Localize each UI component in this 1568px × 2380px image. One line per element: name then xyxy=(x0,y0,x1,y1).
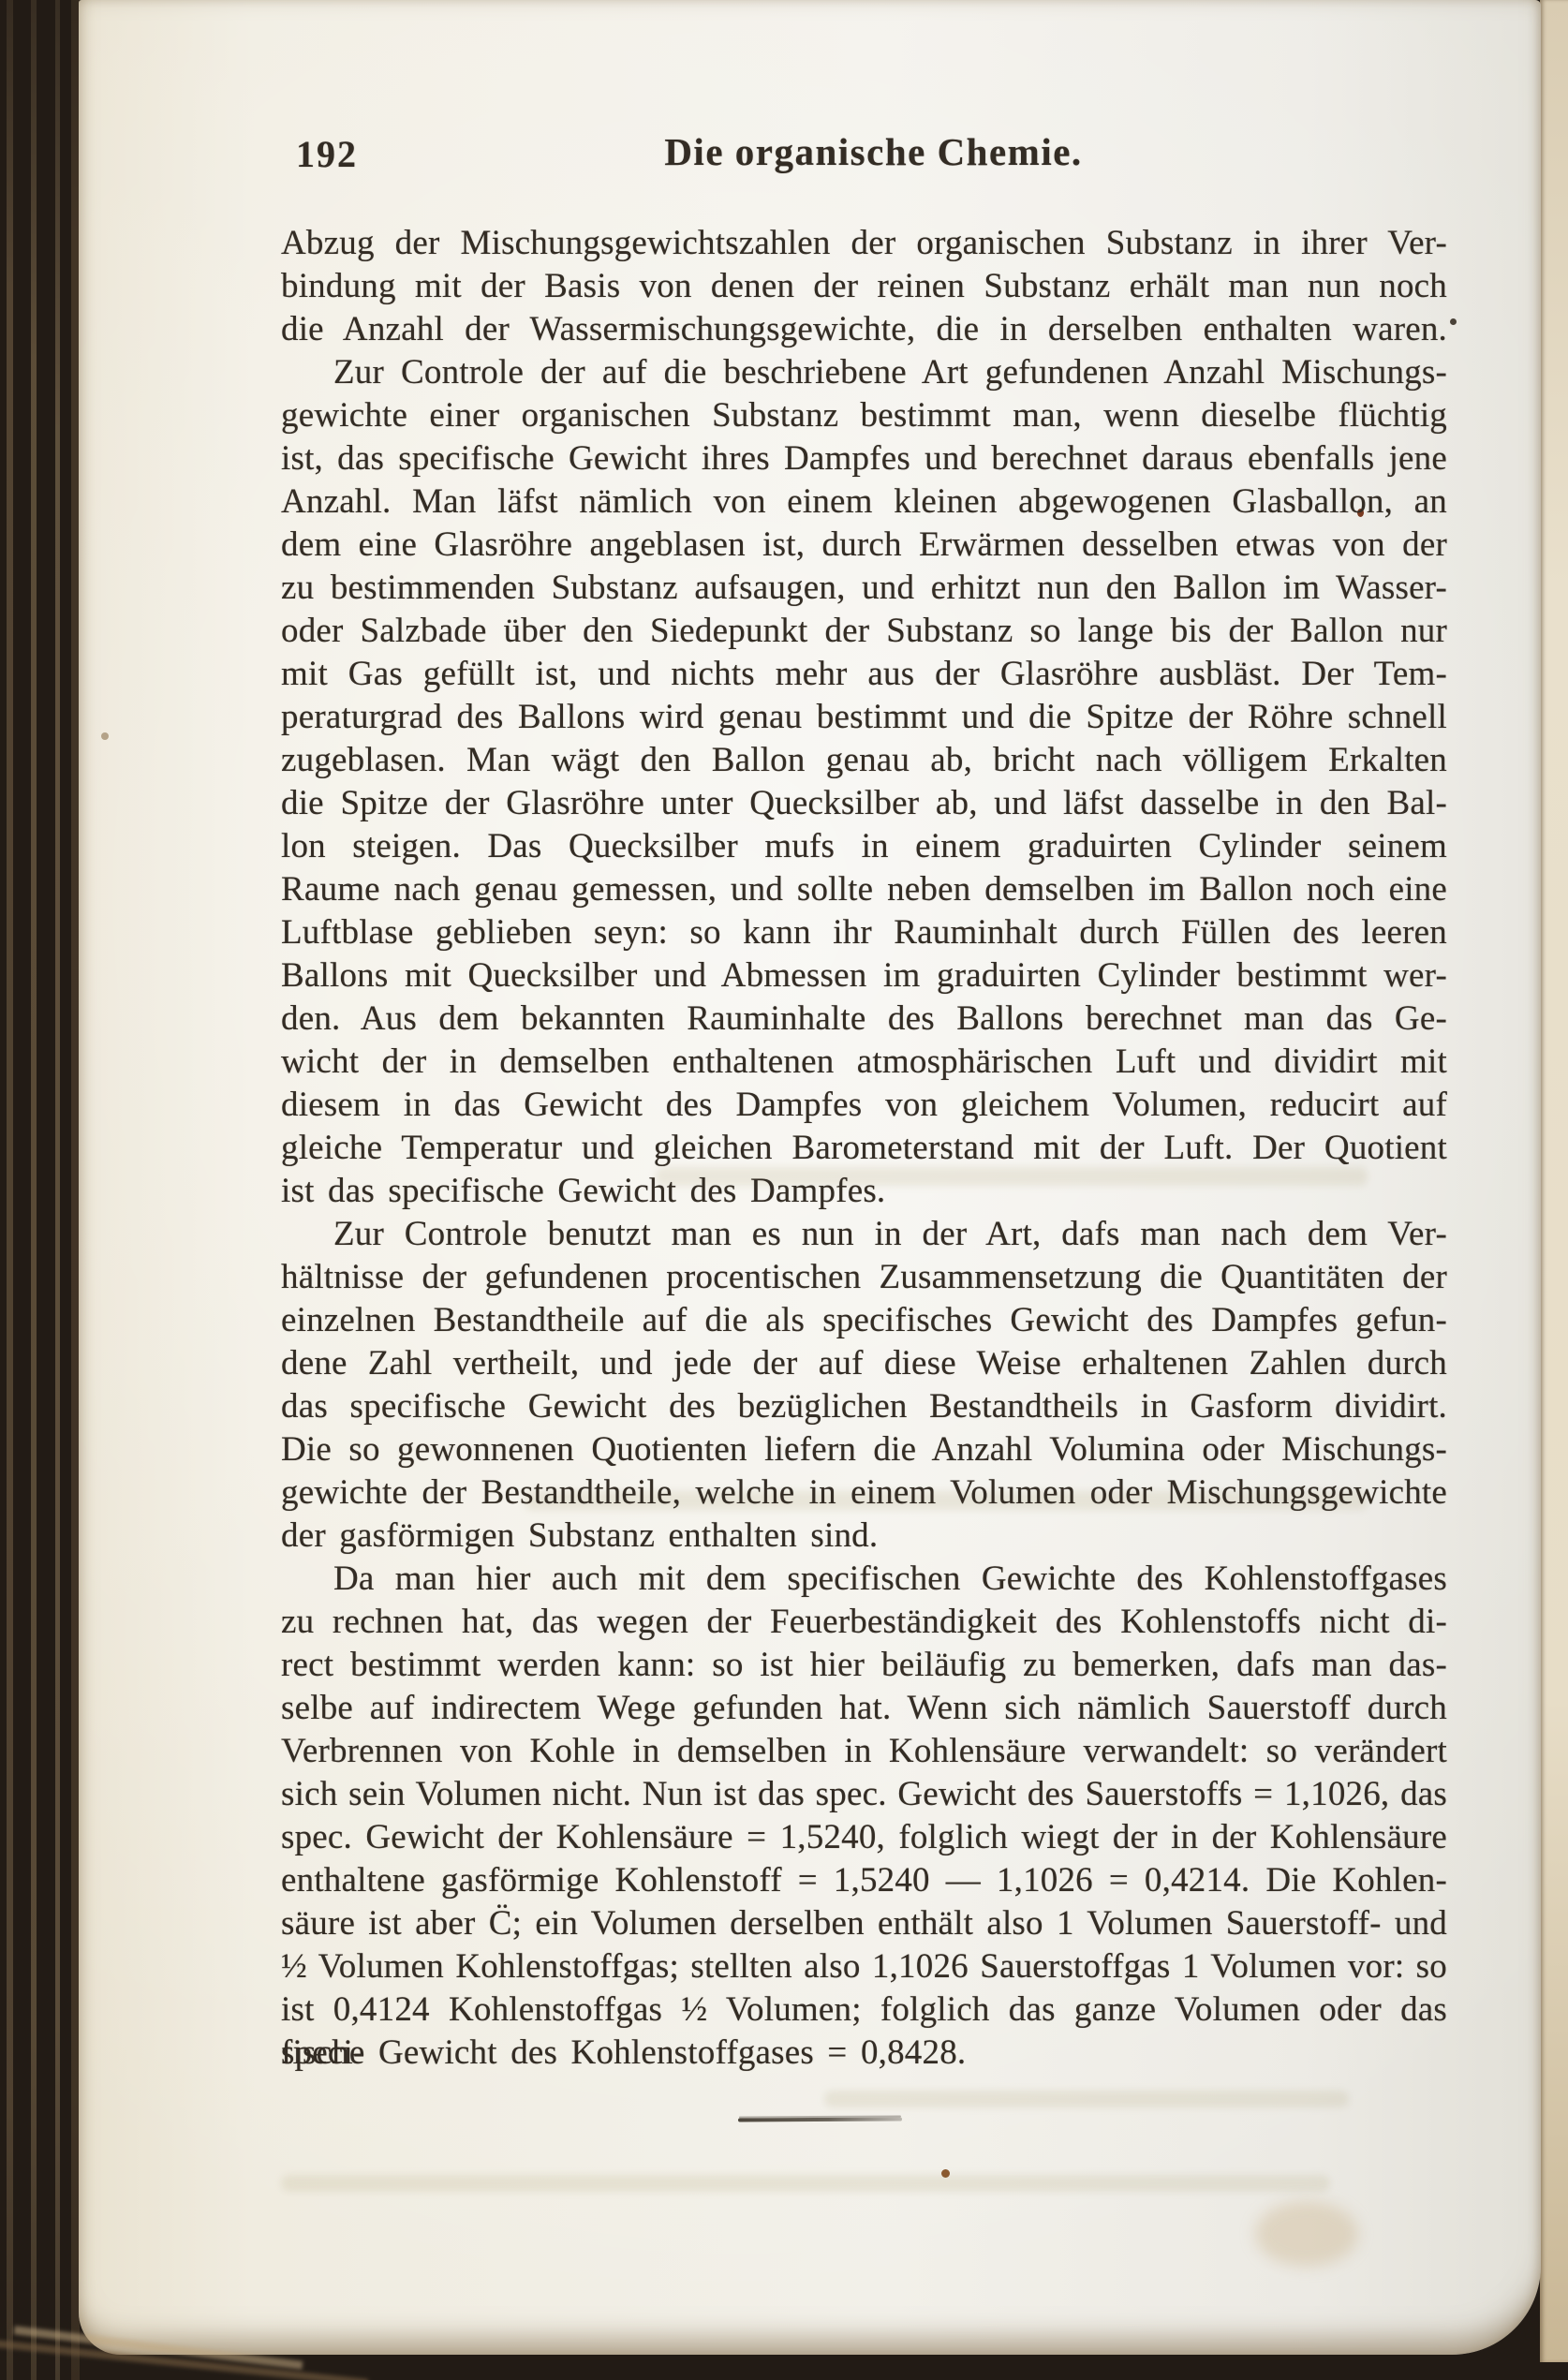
text-line: gewichte der Bestandtheile, welche in ei… xyxy=(281,1471,1447,1515)
text-line: zu rechnen hat, das wegen der Feuerbestä… xyxy=(281,1601,1447,1644)
text-line: wicht der in demselben enthaltenen atmos… xyxy=(281,1041,1447,1084)
text-line: Verbrennen von Kohle in demselben in Koh… xyxy=(281,1730,1447,1773)
text-line: rect bestimmt werden kann: so ist hier b… xyxy=(281,1644,1447,1687)
text-line: selbe auf indirectem Wege gefunden hat. … xyxy=(281,1687,1447,1730)
text-line: Abzug der Mischungsgewichtszahlen der or… xyxy=(281,222,1447,265)
text-line: Raume nach genau gemessen, und sollte ne… xyxy=(281,868,1447,911)
text-line: Zur Controle der auf die beschriebene Ar… xyxy=(281,351,1447,394)
text-line: oder Salzbade über den Siedepunkt der Su… xyxy=(281,610,1447,653)
text-line: gewichte einer organischen Substanz best… xyxy=(281,394,1447,437)
text-line: die Anzahl der Wassermischungsgewichte, … xyxy=(281,308,1447,351)
running-title: Die organische Chemie. xyxy=(290,129,1457,174)
body-text: Abzug der Mischungsgewichtszahlen der or… xyxy=(281,222,1447,2075)
text-line: Anzahl. Man läfst nämlich von einem klei… xyxy=(281,480,1447,524)
text-line: ½ Volumen Kohlenstoffgas; stellten also … xyxy=(281,1945,1447,1988)
page-content: 192 Die organische Chemie. Abzug der Mis… xyxy=(0,0,1568,2380)
text-line: ist, das specifische Gewicht ihres Dampf… xyxy=(281,437,1447,480)
section-divider xyxy=(738,2118,902,2122)
text-line: zu bestimmenden Substanz aufsaugen, und … xyxy=(281,567,1447,610)
book-scan: 192 Die organische Chemie. Abzug der Mis… xyxy=(0,0,1568,2380)
text-line: Da man hier auch mit dem specifischen Ge… xyxy=(281,1558,1447,1601)
text-line: ist 0,4124 Kohlenstoffgas ½ Volumen; fol… xyxy=(281,1988,1447,2032)
text-line: sich sein Volumen nicht. Nun ist das spe… xyxy=(281,1773,1447,1816)
text-line: mit Gas gefüllt ist, und nichts mehr aus… xyxy=(281,653,1447,696)
text-line: diesem in das Gewicht des Dampfes von gl… xyxy=(281,1084,1447,1127)
text-line: hältnisse der gefundenen procentischen Z… xyxy=(281,1256,1447,1299)
text-line: säure ist aber C̈; ein Volumen derselben… xyxy=(281,1902,1447,1945)
text-line: gleiche Temperatur und gleichen Baromete… xyxy=(281,1127,1447,1170)
text-line: fische Gewicht des Kohlenstoffgases = 0,… xyxy=(281,2032,1447,2075)
text-line: dem eine Glasröhre angeblasen ist, durch… xyxy=(281,524,1447,567)
text-line: Luftblase geblieben seyn: so kann ihr Ra… xyxy=(281,911,1447,954)
text-line: spec. Gewicht der Kohlensäure = 1,5240, … xyxy=(281,1816,1447,1859)
text-line: bindung mit der Basis von denen der rein… xyxy=(281,265,1447,308)
text-line: lon steigen. Das Quecksilber mufs in ein… xyxy=(281,825,1447,868)
text-line: die Spitze der Glasröhre unter Quecksilb… xyxy=(281,782,1447,825)
paragraph: Zur Controle benutzt man es nun in der A… xyxy=(281,1213,1447,1558)
text-line: Die so gewonnenen Quotienten liefern die… xyxy=(281,1428,1447,1471)
text-line: ist das specifische Gewicht des Dampfes. xyxy=(281,1170,1447,1213)
text-line: den. Aus dem bekannten Rauminhalte des B… xyxy=(281,998,1447,1041)
text-line: der gasförmigen Substanz enthalten sind. xyxy=(281,1515,1447,1558)
text-line: zugeblasen. Man wägt den Ballon genau ab… xyxy=(281,739,1447,782)
paragraph: Abzug der Mischungsgewichtszahlen der or… xyxy=(281,222,1447,351)
text-line: enthaltene gasförmige Kohlenstoff = 1,52… xyxy=(281,1859,1447,1902)
text-line: peraturgrad des Ballons wird genau besti… xyxy=(281,696,1447,739)
text-line: einzelnen Bestandtheile auf die als spec… xyxy=(281,1299,1447,1342)
text-line: das specifische Gewicht des bezüglichen … xyxy=(281,1385,1447,1428)
text-line: Ballons mit Quecksilber und Abmessen im … xyxy=(281,954,1447,998)
paragraph: Zur Controle der auf die beschriebene Ar… xyxy=(281,351,1447,1213)
text-line: dene Zahl vertheilt, und jede der auf di… xyxy=(281,1342,1447,1385)
text-line: Zur Controle benutzt man es nun in der A… xyxy=(281,1213,1447,1256)
paragraph: Da man hier auch mit dem specifischen Ge… xyxy=(281,1558,1447,2075)
